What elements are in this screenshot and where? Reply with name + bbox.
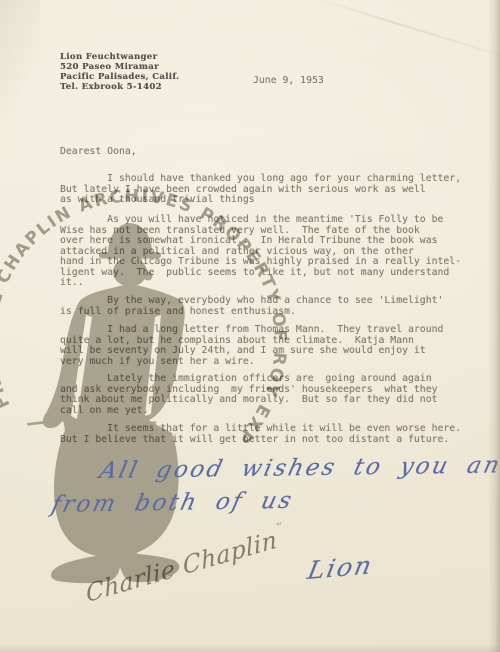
- corner-shadow: [0, 0, 40, 120]
- salutation: Dearest Oona,: [60, 147, 137, 158]
- letter-sheet: Lion Feuchtwanger 520 Paseo Miramar Paci…: [0, 0, 500, 652]
- tramp-cane-icon: [27, 419, 64, 426]
- body-paragraph-1: I should have thanked you long ago for y…: [60, 174, 461, 206]
- handwritten-note-line-1: All good wishes to you and Charlie: [97, 450, 500, 484]
- paper-edge-bottom: [0, 644, 500, 652]
- body-paragraph-3: By the way, everybody who had a chance t…: [60, 296, 443, 317]
- paper-crease: [305, 0, 500, 64]
- body-paragraph-4: I had a long letter from Thomas Mann. Th…: [60, 325, 443, 367]
- handwritten-note-line-2: from both of us: [49, 488, 296, 518]
- charlie-chaplin-signature-watermark: Charlie Chaplin™: [84, 525, 270, 608]
- body-paragraph-5: Lately the immigration officers are goin…: [60, 374, 438, 416]
- trademark-symbol: ™: [275, 521, 283, 531]
- paper-edge-right: [488, 0, 500, 652]
- body-paragraph-6: It seems that for a little while it will…: [60, 424, 461, 445]
- letterhead: Lion Feuchtwanger 520 Paseo Miramar Paci…: [60, 53, 179, 93]
- letterhead-phone: Tel. Exbrook 5-1402: [60, 83, 179, 93]
- date-line: June 9, 1953: [253, 76, 324, 87]
- lion-signature: Lion: [305, 550, 376, 584]
- charlie-chaplin-signature-text: Charlie Chaplin: [85, 525, 279, 608]
- body-paragraph-2: As you will have noticed in the meantime…: [60, 215, 461, 289]
